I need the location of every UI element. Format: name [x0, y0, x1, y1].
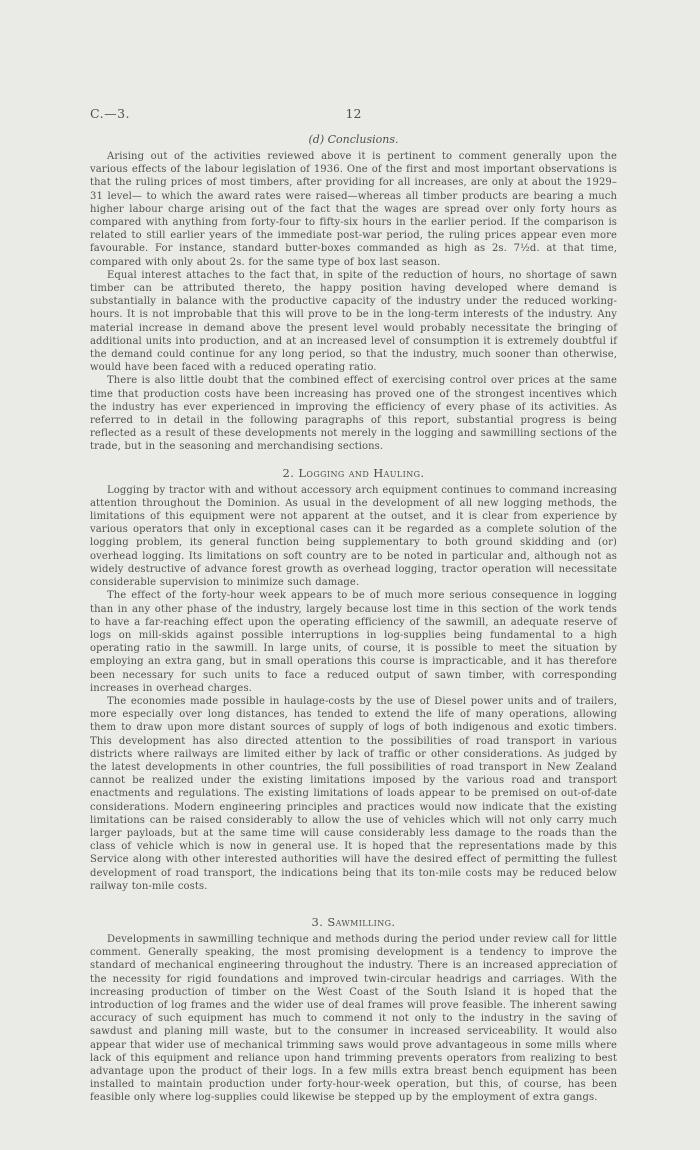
section-heading-logging-and-hauling: 2. Logging and Hauling. [90, 466, 617, 480]
page-number: 12 [90, 106, 617, 121]
paragraph: Logging by tractor with and without acce… [90, 484, 617, 590]
paragraph: Developments in sawmilling technique and… [90, 933, 617, 1105]
paragraph: The economies made possible in haulage-c… [90, 695, 617, 893]
document-page: C.—3. 12 (d) Conclusions. Arising out of… [90, 0, 617, 1105]
paragraph: Equal interest attaches to the fact that… [90, 269, 617, 375]
paragraph: There is also little doubt that the comb… [90, 374, 617, 453]
section-heading-sawmilling: 3. Sawmilling. [90, 915, 617, 929]
section-heading-conclusions: (d) Conclusions. [90, 133, 617, 146]
paragraph: Arising out of the activities reviewed a… [90, 150, 617, 269]
paragraph: The effect of the forty-hour week appear… [90, 589, 617, 695]
page-header: C.—3. 12 [90, 106, 617, 122]
